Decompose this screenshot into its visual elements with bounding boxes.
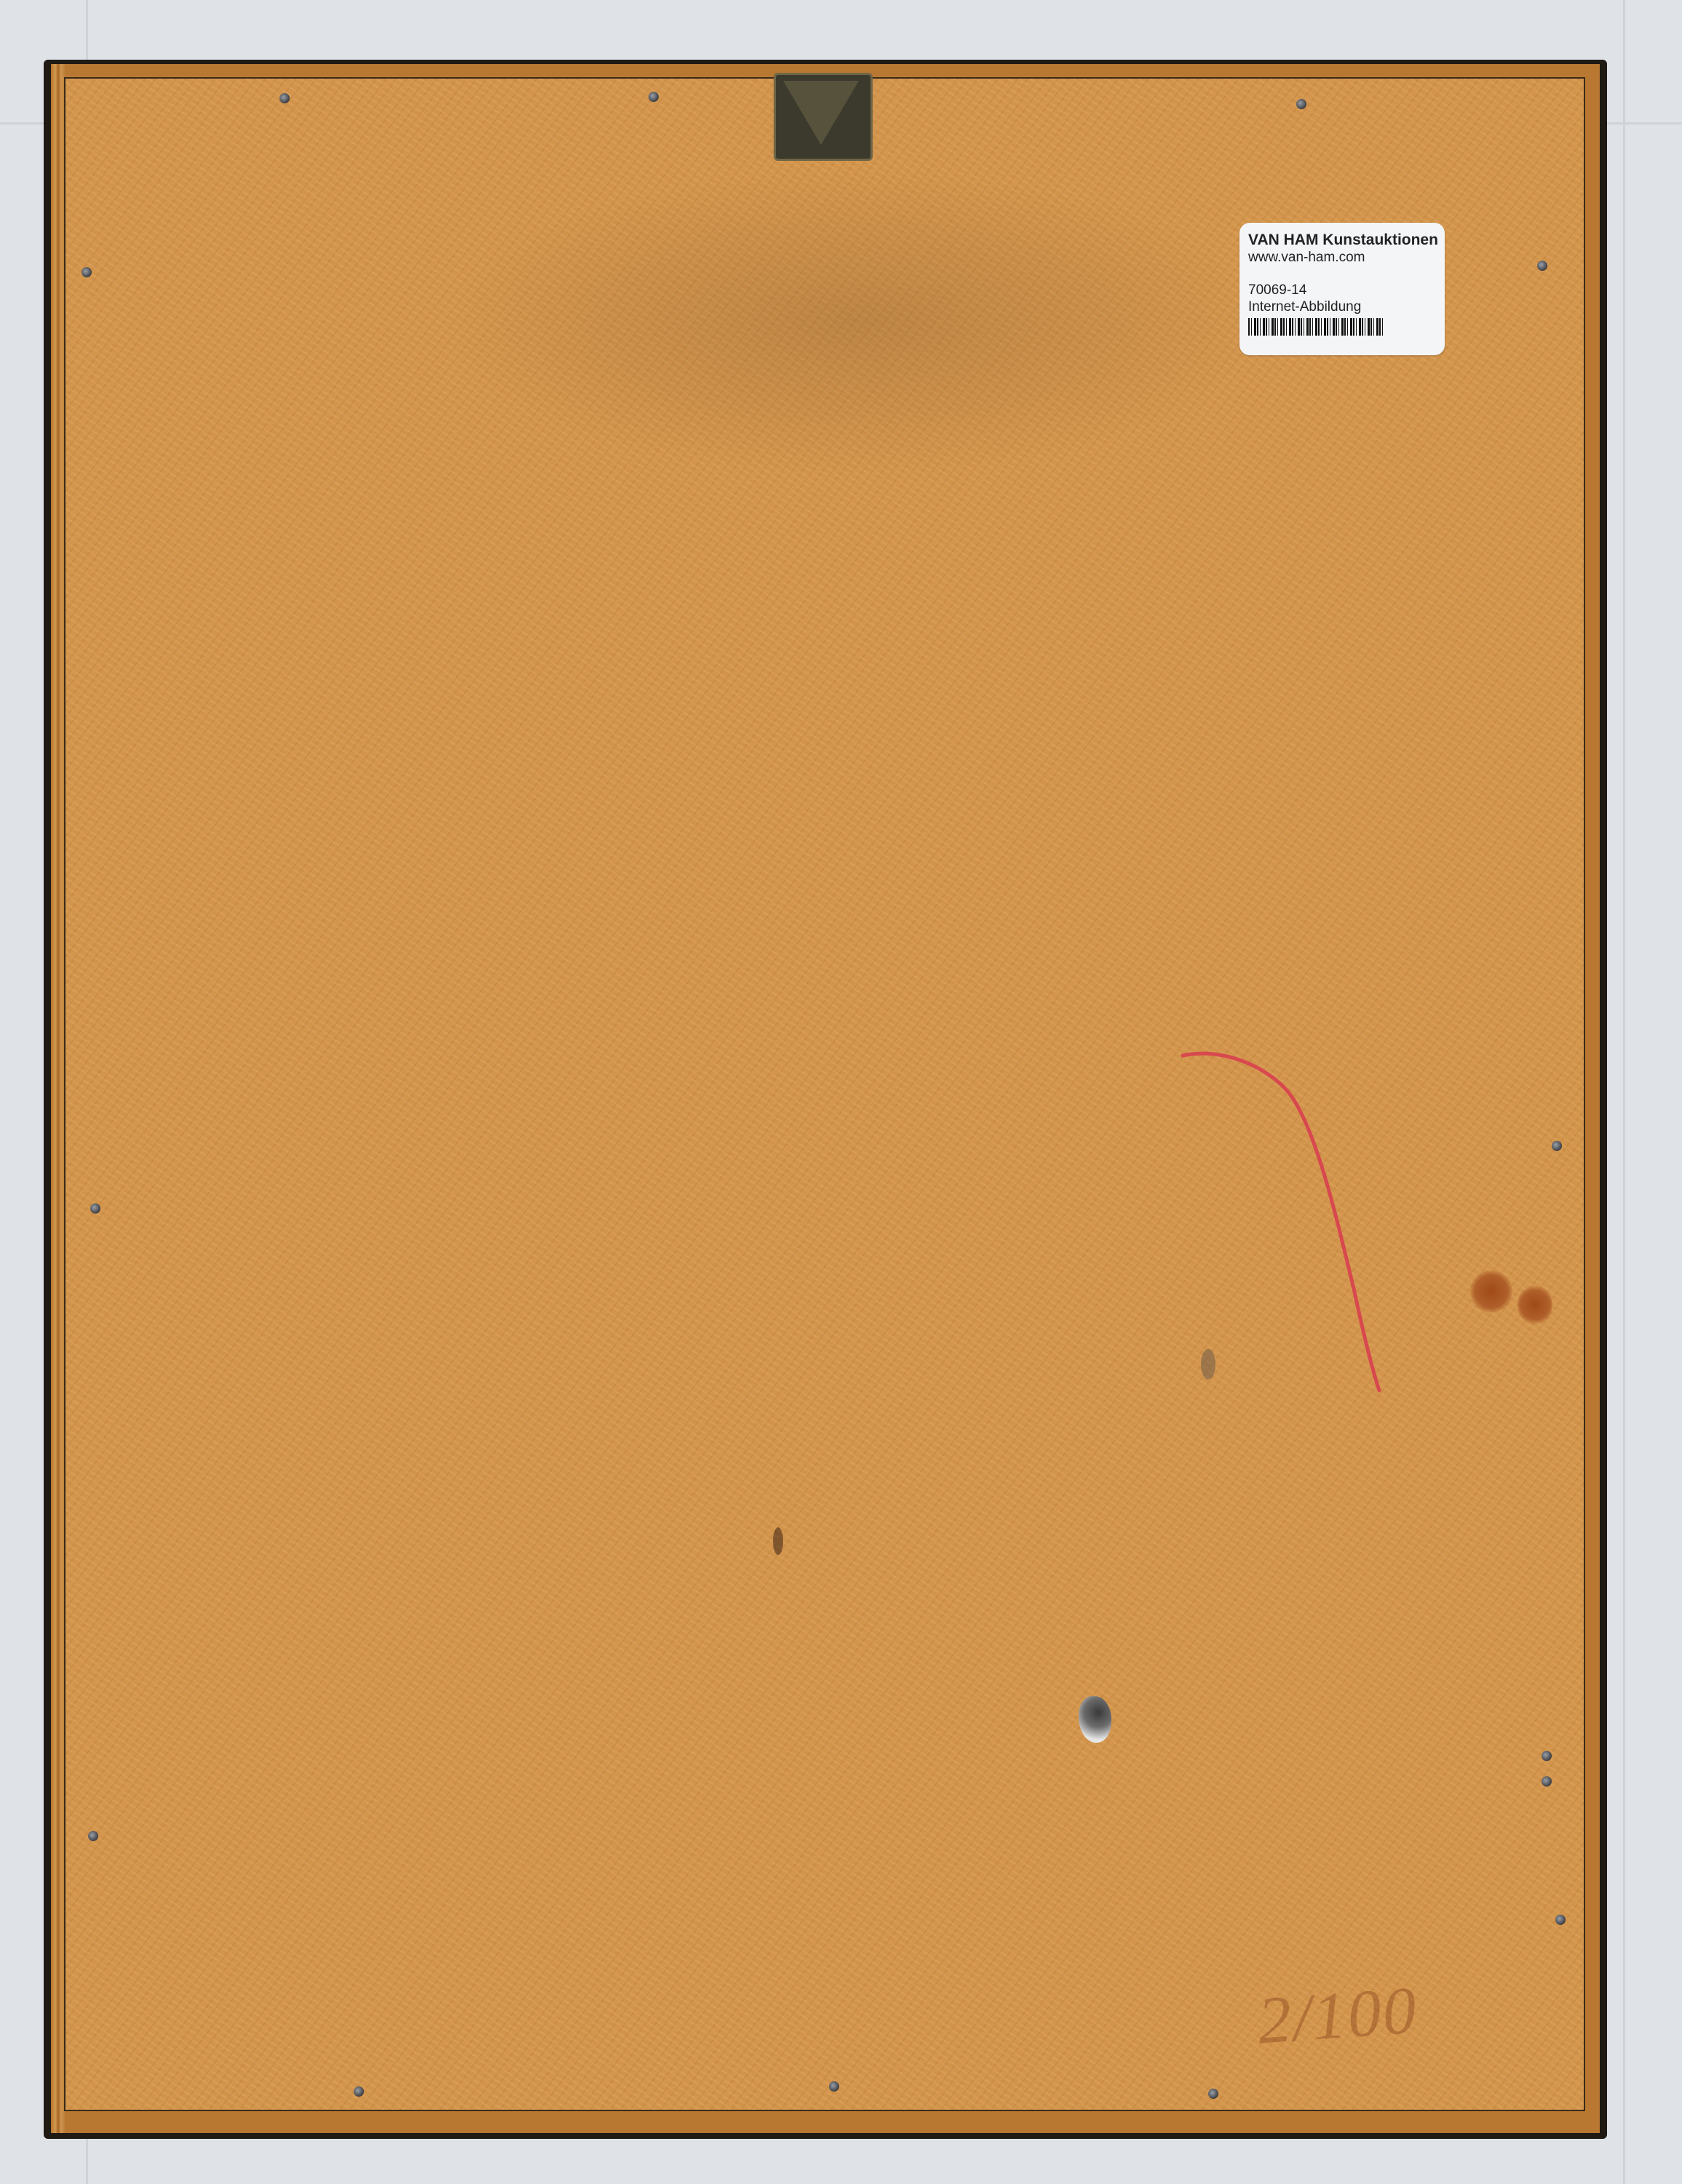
nail-icon: [829, 2081, 839, 2092]
nail-icon: [82, 267, 92, 277]
hanger-ring: [783, 81, 859, 145]
nail-icon: [1537, 261, 1547, 271]
label-website: www.van-ham.com: [1248, 249, 1436, 266]
nail-icon: [1208, 2089, 1218, 2099]
label-company: VAN HAM Kunstauktionen: [1248, 232, 1436, 249]
smudge: [1201, 1349, 1215, 1380]
nail-icon: [354, 2086, 364, 2097]
smudge: [773, 1527, 783, 1555]
edition-number: 2/100: [1255, 1971, 1420, 2059]
nail-icon: [1542, 1776, 1552, 1787]
auction-label: VAN HAM Kunstauktionen www.van-ham.com 7…: [1239, 223, 1445, 355]
triangle-hanger-icon: [774, 73, 873, 161]
nail-icon: [90, 1203, 100, 1214]
nail-icon: [88, 1831, 98, 1841]
nail-icon: [648, 92, 659, 102]
stain: [1518, 1285, 1552, 1325]
nail-icon: [1552, 1141, 1562, 1151]
stain: [1470, 1270, 1512, 1313]
label-lot-number: 70069-14: [1248, 282, 1436, 298]
tile-joint: [1623, 0, 1625, 2184]
nail-icon: [1542, 1751, 1552, 1761]
nail-icon: [1296, 99, 1306, 109]
red-pencil-mark: [1179, 1048, 1390, 1398]
nail-icon: [1555, 1915, 1566, 1925]
nail-icon: [279, 93, 290, 103]
label-note: Internet-Abbildung: [1248, 298, 1436, 315]
barcode-icon: [1248, 318, 1385, 336]
